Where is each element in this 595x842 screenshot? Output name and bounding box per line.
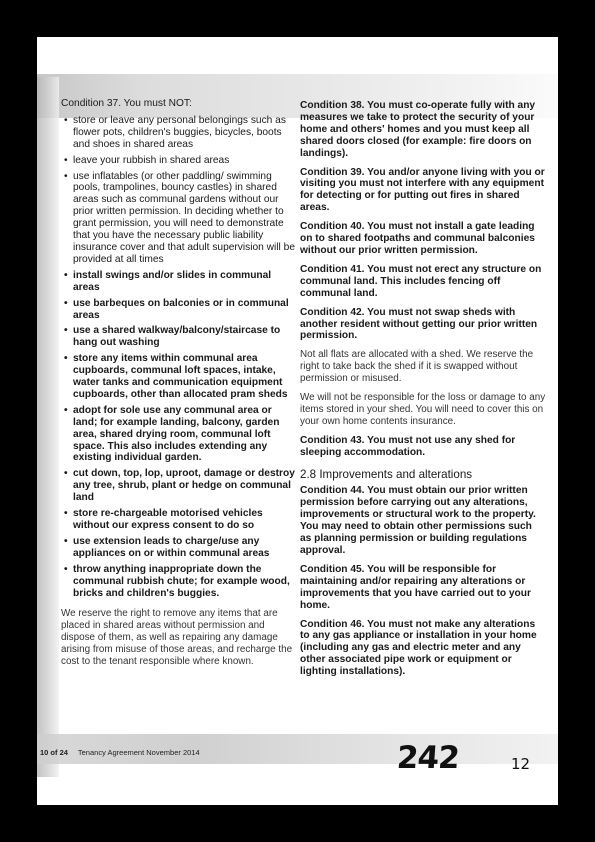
document-title: Tenancy Agreement November 2014 — [78, 748, 200, 757]
list-item: •cut down, top, lop, uproot, damage or d… — [61, 468, 297, 504]
list-item: •store re-chargeable motorised vehicles … — [61, 508, 297, 532]
bullet-icon: • — [64, 155, 68, 167]
bullet-icon: • — [64, 270, 68, 282]
condition-41: Condition 41. You must not erect any str… — [300, 264, 546, 300]
handwritten-annotation-small: 12 — [511, 755, 530, 773]
condition-42: Condition 42. You must not swap sheds wi… — [300, 307, 546, 343]
shed-allocation-note: Not all flats are allocated with a shed.… — [300, 349, 546, 385]
bullet-icon: • — [64, 325, 68, 337]
list-item: •adopt for sole use any communal area or… — [61, 405, 297, 465]
reserve-right-note: We reserve the right to remove any items… — [61, 608, 297, 668]
shed-liability-note: We will not be responsible for the loss … — [300, 392, 546, 428]
condition-40: Condition 40. You must not install a gat… — [300, 221, 546, 257]
bullet-icon: • — [64, 171, 68, 183]
bullet-icon: • — [64, 298, 68, 310]
list-item: •use barbeques on balconies or in commun… — [61, 298, 297, 322]
condition-37-list: •store or leave any personal belongings … — [61, 115, 297, 600]
scan-shadow-left — [37, 77, 59, 777]
list-item: •store or leave any personal belongings … — [61, 115, 297, 151]
bullet-icon: • — [64, 564, 68, 576]
list-item: •use inflatables (or other paddling/ swi… — [61, 171, 297, 266]
bullet-icon: • — [64, 115, 68, 127]
page-number: 10 of 24 — [40, 748, 68, 757]
bullet-icon: • — [64, 508, 68, 520]
list-item: •leave your rubbish in shared areas — [61, 155, 297, 167]
list-item: •throw anything inappropriate down the c… — [61, 564, 297, 600]
bullet-icon: • — [64, 536, 68, 548]
bullet-icon: • — [64, 353, 68, 365]
condition-45: Condition 45. You will be responsible fo… — [300, 564, 546, 612]
condition-39: Condition 39. You and/or anyone living w… — [300, 167, 546, 215]
page-footer: 10 of 24 Tenancy Agreement November 2014 — [40, 748, 200, 757]
condition-37-intro: Condition 37. You must NOT: — [61, 98, 297, 110]
condition-46: Condition 46. You must not make any alte… — [300, 619, 546, 679]
section-heading: 2.8 Improvements and alterations — [300, 469, 546, 481]
condition-38: Condition 38. You must co-operate fully … — [300, 100, 546, 160]
handwritten-annotation: 242 — [396, 740, 460, 776]
bullet-icon: • — [64, 468, 68, 480]
list-item: •install swings and/or slides in communa… — [61, 270, 297, 294]
condition-44: Condition 44. You must obtain our prior … — [300, 485, 546, 556]
bullet-icon: • — [64, 405, 68, 417]
document-page: Condition 37. You must NOT: •store or le… — [37, 37, 558, 805]
left-column: Condition 37. You must NOT: •store or le… — [61, 98, 297, 675]
list-item: •use a shared walkway/balcony/staircase … — [61, 325, 297, 349]
list-item: •store any items within communal area cu… — [61, 353, 297, 401]
condition-43: Condition 43. You must not use any shed … — [300, 435, 546, 459]
list-item: •use extension leads to charge/use any a… — [61, 536, 297, 560]
right-column: Condition 38. You must co-operate fully … — [300, 100, 546, 685]
